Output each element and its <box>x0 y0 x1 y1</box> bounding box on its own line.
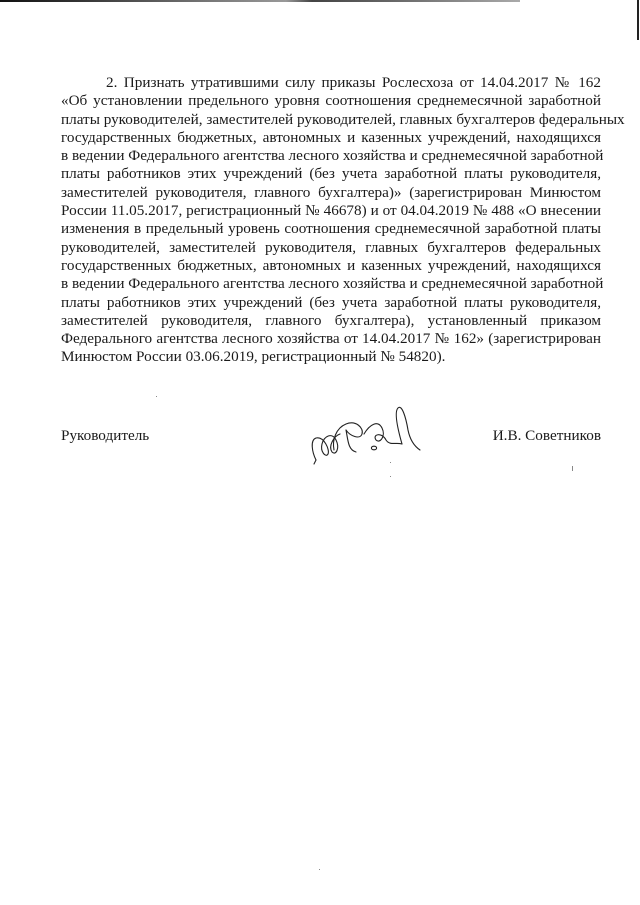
paragraph-2: 2. Признать утратившими силу приказы Рос… <box>61 74 601 367</box>
scan-speck <box>572 466 573 471</box>
paragraph-line: заместителей руководителя, главного бухг… <box>61 184 601 202</box>
scan-speck <box>390 476 391 477</box>
scan-edge-top <box>0 0 520 2</box>
paragraph-line: государственных бюджетных, автономных и … <box>61 129 601 147</box>
paragraph-line: платы руководителей, заместителей руково… <box>61 111 601 129</box>
signatory-name: И.В. Советников <box>493 427 601 445</box>
paragraph-line: руководителей, заместителей руководителя… <box>61 239 601 257</box>
paragraph-line: России 11.05.2017, регистрационный № 466… <box>61 202 601 220</box>
paragraph-line: платы работников этих учреждений (без уч… <box>61 294 601 312</box>
scan-speck <box>319 869 320 870</box>
paragraph-line: 2. Признать утратившими силу приказы Рос… <box>61 74 601 92</box>
scan-speck <box>156 396 157 397</box>
scan-speck <box>390 462 391 463</box>
paragraph-line: в ведении Федерального агентства лесного… <box>61 147 601 165</box>
paragraph-line: государственных бюджетных, автономных и … <box>61 257 601 275</box>
paragraph-line: Федерального агентства лесного хозяйства… <box>61 330 601 348</box>
paragraph-line: изменения в предельный уровень соотношен… <box>61 220 601 238</box>
paragraph-line: платы работников этих учреждений (без уч… <box>61 165 601 183</box>
paragraph-line: «Об установлении предельного уровня соот… <box>61 92 601 110</box>
paragraph-line: Минюстом России 03.06.2019, регистрацион… <box>61 348 601 366</box>
scan-edge-right <box>637 0 639 40</box>
paragraph-line: в ведении Федерального агентства лесного… <box>61 275 601 293</box>
paragraph-line: заместителей руководителя, главного бухг… <box>61 312 601 330</box>
handwritten-signature-icon <box>306 400 426 466</box>
document-page: 2. Признать утратившими силу приказы Рос… <box>0 0 640 905</box>
signatory-title: Руководитель <box>61 427 149 445</box>
